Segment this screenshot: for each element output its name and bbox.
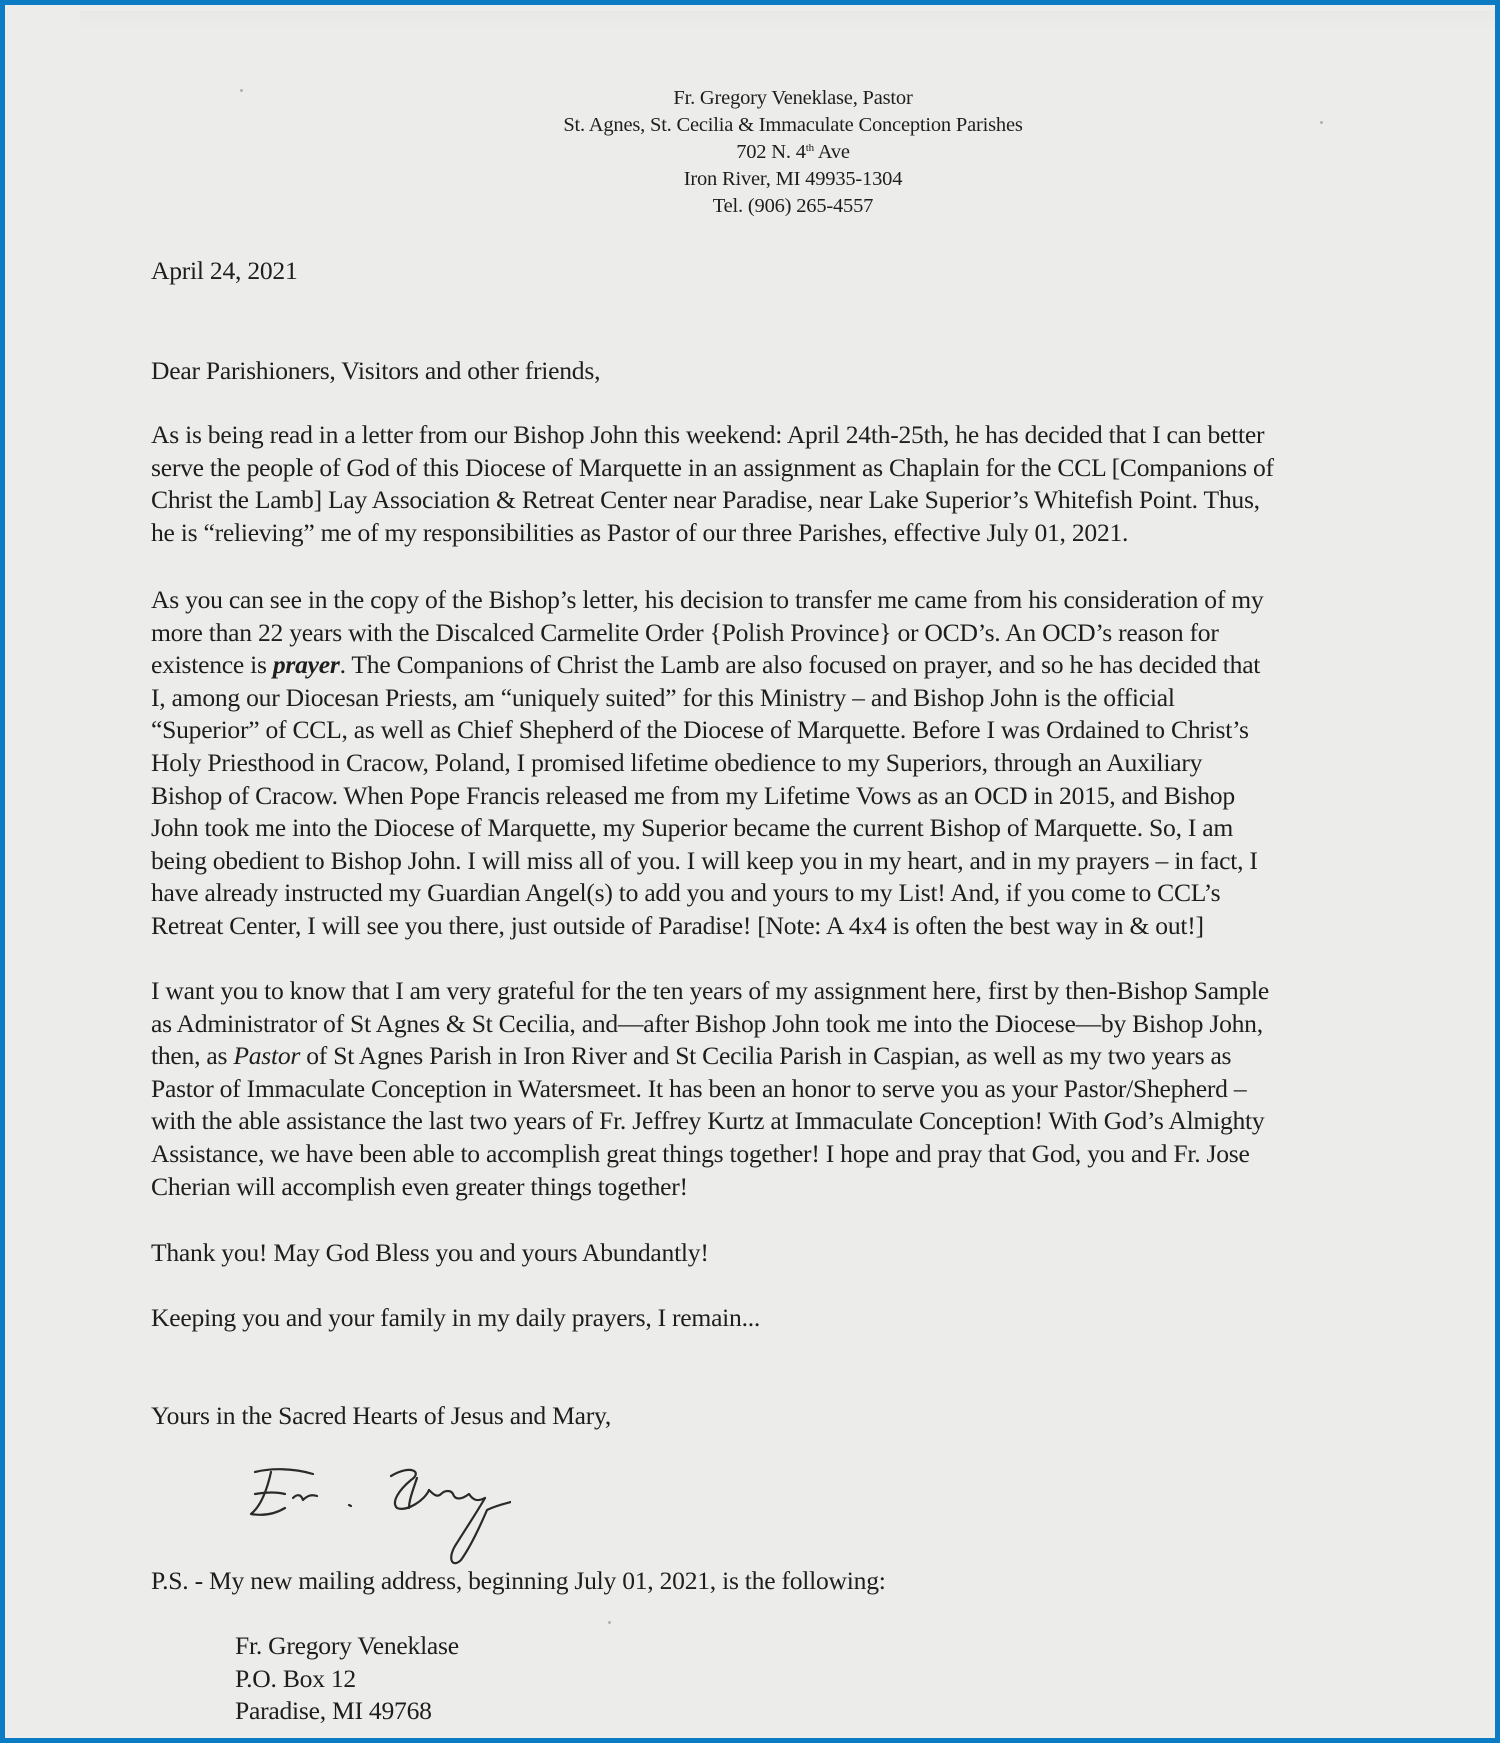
text-line: with the able assistance the last two ye… xyxy=(151,1105,1451,1138)
letter-frame: Fr. Gregory Veneklase, Pastor St. Agnes,… xyxy=(0,0,1500,1743)
text-line: Cherian will accomplish even greater thi… xyxy=(151,1171,1451,1204)
text-line: he is “relieving” me of my responsibilit… xyxy=(151,517,1451,550)
text-line: Christ the Lamb] Lay Association & Retre… xyxy=(151,484,1451,517)
text-line: I, among our Diocesan Priests, am “uniqu… xyxy=(151,682,1451,715)
text-line: I want you to know that I am very gratef… xyxy=(151,975,1451,1008)
signature-icon xyxy=(241,1450,511,1575)
letter-greeting: Dear Parishioners, Visitors and other fr… xyxy=(151,355,1451,388)
postscript: P.S. - My new mailing address, beginning… xyxy=(151,1565,1451,1598)
paragraph-3: I want you to know that I am very gratef… xyxy=(151,975,1451,1203)
thanks-line: Thank you! May God Bless you and yours A… xyxy=(151,1237,1451,1270)
text-line: As you can see in the copy of the Bishop… xyxy=(151,584,1451,617)
emphasis-pastor: Pastor xyxy=(233,1041,300,1070)
scan-speck xyxy=(608,1621,611,1624)
text-line: Retreat Center, I will see you there, ju… xyxy=(151,910,1451,943)
text-line: being obedient to Bishop John. I will mi… xyxy=(151,845,1451,878)
text-line: Assistance, we have been able to accompl… xyxy=(151,1138,1451,1171)
closing-line: Yours in the Sacred Hearts of Jesus and … xyxy=(151,1400,1451,1433)
text-line: As is being read in a letter from our Bi… xyxy=(151,419,1451,452)
letterhead-name: Fr. Gregory Veneklase, Pastor xyxy=(91,85,1495,112)
address-po-box: P.O. Box 12 xyxy=(235,1663,459,1696)
keeping-line: Keeping you and your family in my daily … xyxy=(151,1302,1451,1335)
text-line: serve the people of God of this Diocese … xyxy=(151,452,1451,485)
text-span: . The Companions of Christ the Lamb are … xyxy=(340,650,1261,679)
address-name: Fr. Gregory Veneklase xyxy=(235,1630,459,1663)
new-mailing-address: Fr. Gregory Veneklase P.O. Box 12 Paradi… xyxy=(235,1630,459,1728)
text-line: John took me into the Diocese of Marquet… xyxy=(151,812,1451,845)
text-line: Pastor of Immaculate Conception in Water… xyxy=(151,1073,1451,1106)
scan-shadow xyxy=(80,11,1495,31)
letterhead-city: Iron River, MI 49935-1304 xyxy=(91,166,1495,193)
text-span: then, as xyxy=(151,1041,233,1070)
letterhead-phone: Tel. (906) 265-4557 xyxy=(91,193,1495,220)
letterhead-parishes: St. Agnes, St. Cecilia & Immaculate Conc… xyxy=(91,112,1495,139)
street-suffix: Ave xyxy=(814,141,850,163)
text-span: existence is xyxy=(151,650,273,679)
street-number: 702 N. 4 xyxy=(736,141,806,163)
letterhead: Fr. Gregory Veneklase, Pastor St. Agnes,… xyxy=(5,85,1495,220)
text-line: Holy Priesthood in Cracow, Poland, I pro… xyxy=(151,747,1451,780)
text-line: then, as Pastor of St Agnes Parish in Ir… xyxy=(151,1040,1451,1073)
paragraph-2: As you can see in the copy of the Bishop… xyxy=(151,584,1451,943)
text-span: of St Agnes Parish in Iron River and St … xyxy=(300,1041,1231,1070)
text-line: Bishop of Cracow. When Pope Francis rele… xyxy=(151,780,1451,813)
text-line: have already instructed my Guardian Ange… xyxy=(151,877,1451,910)
scan-speck xyxy=(240,89,243,92)
address-city: Paradise, MI 49768 xyxy=(235,1695,459,1728)
paragraph-1: As is being read in a letter from our Bi… xyxy=(151,419,1451,549)
text-line: existence is prayer. The Companions of C… xyxy=(151,649,1451,682)
text-line: as Administrator of St Agnes & St Cecili… xyxy=(151,1008,1451,1041)
text-line: more than 22 years with the Discalced Ca… xyxy=(151,617,1451,650)
text-line: “Superior” of CCL, as well as Chief Shep… xyxy=(151,714,1451,747)
emphasis-prayer: prayer xyxy=(273,650,340,679)
scan-speck xyxy=(1320,121,1323,124)
letterhead-street: 702 N. 4th Ave xyxy=(91,139,1495,166)
street-ordinal: th xyxy=(806,142,814,154)
letter-date: April 24, 2021 xyxy=(151,255,1451,288)
